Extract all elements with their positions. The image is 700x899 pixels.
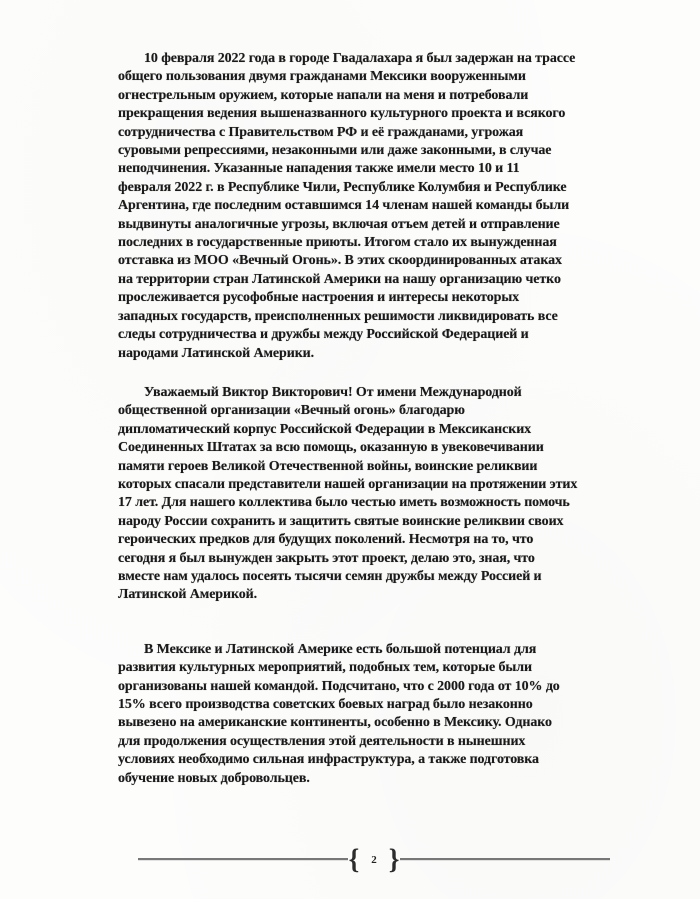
text-line: суровыми репрессиями, незаконными или да… (118, 142, 618, 160)
text-line: которых спасали представители нашей орга… (118, 476, 618, 494)
text-line: февраля 2022 г. в Республике Чили, Респу… (118, 179, 618, 197)
paragraph: В Мексике и Латинской Америке есть больш… (118, 641, 618, 788)
text-line: огнестрельным оружием, которые напали на… (118, 87, 618, 105)
text-line: В Мексике и Латинской Америке есть больш… (118, 641, 618, 659)
text-line: прослеживается русофобные настроения и и… (118, 289, 618, 307)
text-line: 10 февраля 2022 года в городе Гвадалахар… (118, 50, 618, 68)
text-line: следы сотрудничества и дружбы между Росс… (118, 326, 618, 344)
text-line: народами Латинской Америки. (118, 345, 618, 363)
text-line: для продолжения осуществления этой деяте… (118, 733, 618, 751)
footer-rule-left (138, 858, 348, 860)
text-line: неподчинения. Указанные нападения также … (118, 160, 618, 178)
text-line: организованы нашей командой. Подсчитано,… (118, 678, 618, 696)
text-line: отставка из МОО «Вечный Огонь». В этих с… (118, 252, 618, 270)
text-line: общего пользования двумя гражданами Мекс… (118, 68, 618, 86)
text-line: общественной организации «Вечный огонь» … (118, 402, 618, 420)
page-number-ornament: { 2 } (348, 846, 401, 873)
text-line: Соединенных Штатах за всю помощь, оказан… (118, 439, 618, 457)
left-brace-ornament: { (349, 845, 360, 873)
text-line: Аргентина, где последним оставшимся 14 ч… (118, 197, 618, 215)
text-line: развития культурных мероприятий, подобны… (118, 659, 618, 677)
text-line: выдвинуты аналогичные угрозы, включая от… (118, 216, 618, 234)
text-line: вместе нам удалось посеять тысячи семян … (118, 568, 618, 586)
page-footer: { 2 } (138, 846, 610, 872)
text-line: последних в государственные приюты. Итог… (118, 234, 618, 252)
scanned-letter-page: 10 февраля 2022 года в городе Гвадалахар… (0, 0, 700, 899)
text-line: сотрудничества с Правительством РФ и её … (118, 124, 618, 142)
text-line: дипломатический корпус Российской Федера… (118, 421, 618, 439)
text-line: Уважаемый Виктор Викторович! От имени Ме… (118, 384, 618, 402)
letter-body: 10 февраля 2022 года в городе Гвадалахар… (118, 50, 618, 788)
right-brace-ornament: } (389, 845, 400, 873)
text-line: 15% всего производства советских боевых … (118, 696, 618, 714)
footer-rule-right (400, 858, 610, 860)
paragraph: Уважаемый Виктор Викторович! От имени Ме… (118, 384, 618, 605)
text-line: 17 лет. Для нашего коллектива было честь… (118, 494, 618, 512)
text-line: на территории стран Латинской Америки на… (118, 271, 618, 289)
text-line: сегодня я был вынужден закрыть этот прое… (118, 550, 618, 568)
text-line: прекращения ведения вышеназванного культ… (118, 105, 618, 123)
text-line: Латинской Америкой. (118, 586, 618, 604)
paragraph: 10 февраля 2022 года в городе Гвадалахар… (118, 50, 618, 363)
text-line: западных государств, преисполненных реши… (118, 308, 618, 326)
text-line: героических предков для будущих поколени… (118, 531, 618, 549)
page-number: 2 (371, 853, 377, 866)
text-line: памяти героев Великой Отечественной войн… (118, 458, 618, 476)
text-line: обучение новых добровольцев. (118, 770, 618, 788)
text-line: вывезено на американские континенты, осо… (118, 714, 618, 732)
text-line: народу России сохранить и защитить святы… (118, 513, 618, 531)
text-line: условиях необходимо сильная инфраструкту… (118, 751, 618, 769)
